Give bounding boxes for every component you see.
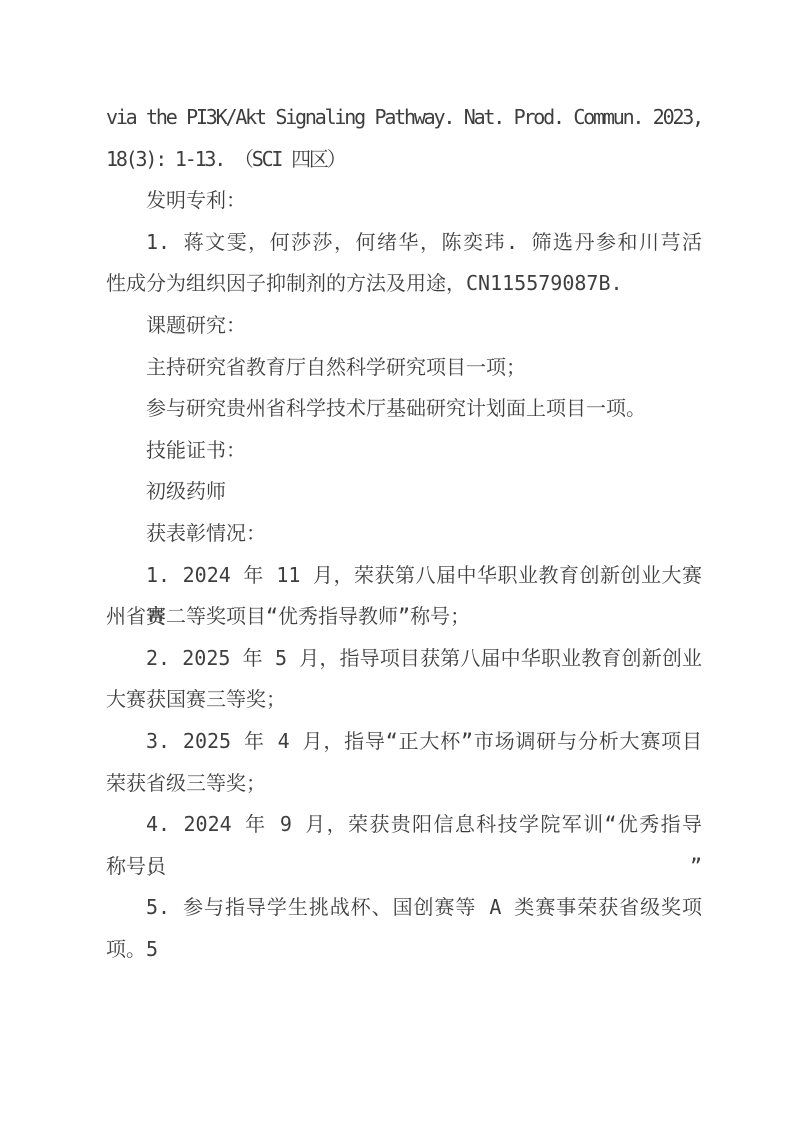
text-line: 性成分为组织因子抑制剂的方法及用途，CN115579087B. [106, 263, 702, 305]
text-line: 18(3): 1-13. （SCI 四区） [106, 139, 702, 181]
section-heading-research: 课题研究： [106, 305, 702, 347]
text-line: 1. 2024 年 11 月，荣获第八届中华职业教育创新创业大赛贵 [106, 555, 702, 597]
text-line: via the PI3K/Akt Signaling Pathway. Nat.… [106, 97, 702, 139]
document-body: via the PI3K/Akt Signaling Pathway. Nat.… [0, 0, 793, 970]
text-line: 4. 2024 年 9 月，荣获贵阳信息科技学院军训“优秀指导员” [106, 804, 702, 846]
text-line: 初级药师 [106, 471, 702, 513]
text-line: 2. 2025 年 5 月，指导项目获第八届中华职业教育创新创业 [106, 638, 702, 680]
text-line: 1. 蒋文雯，何莎莎，何绪华，陈奕玮. 筛选丹参和川芎活 [106, 222, 702, 264]
text-line: 参与研究贵州省科学技术厅基础研究计划面上项目一项。 [106, 388, 702, 430]
text-line: 项。 [106, 929, 702, 971]
text-line: 5. 参与指导学生挑战杯、国创赛等 A 类赛事荣获省级奖项 5 [106, 887, 702, 929]
section-heading-certificates: 技能证书： [106, 430, 702, 472]
text-line: 州省赛二等奖项目“优秀指导教师”称号； [106, 596, 702, 638]
text-line: 主持研究省教育厅自然科学研究项目一项； [106, 347, 702, 389]
text-line: 3. 2025 年 4 月，指导“正大杯”市场调研与分析大赛项目 [106, 721, 702, 763]
section-heading-patents: 发明专利： [106, 180, 702, 222]
section-heading-awards: 获表彰情况： [106, 513, 702, 555]
text-line: 荣获省级三等奖； [106, 763, 702, 805]
text-line: 大赛获国赛三等奖； [106, 679, 702, 721]
document-page: via the PI3K/Akt Signaling Pathway. Nat.… [0, 0, 793, 1122]
